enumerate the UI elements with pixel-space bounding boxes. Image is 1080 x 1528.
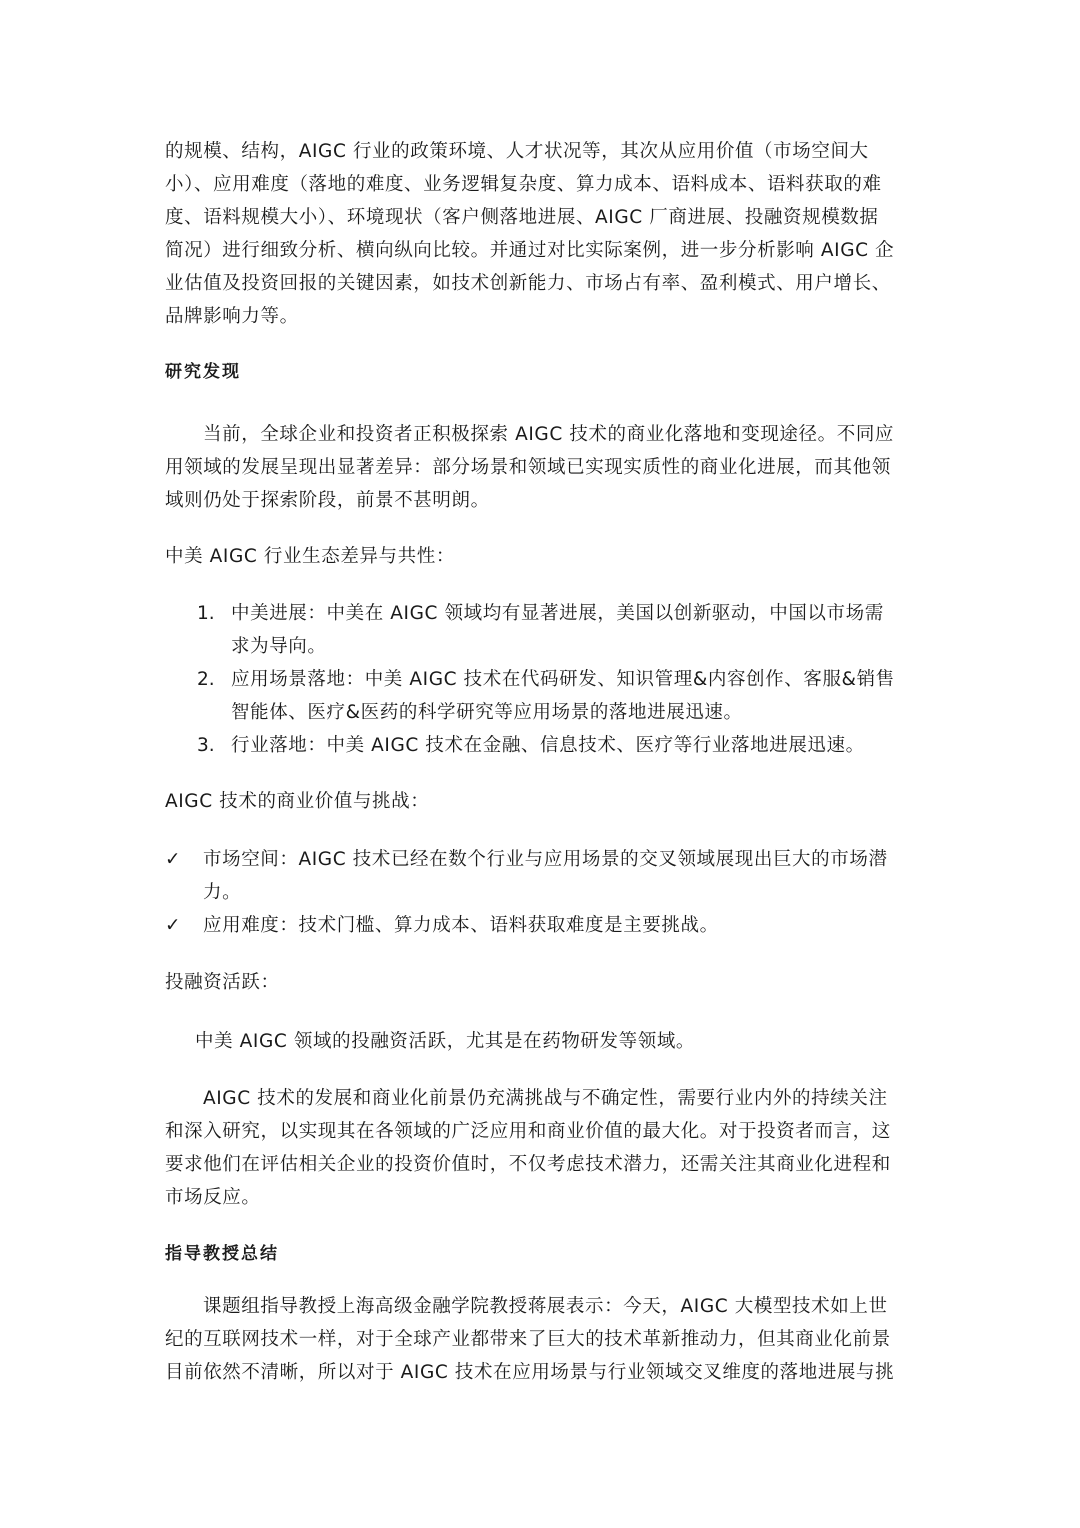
list-item-line: 力。 [203, 876, 241, 909]
list-item-line: 求为导向。 [231, 630, 327, 663]
paragraph-line: 和深入研究，以实现其在各领域的广泛应用和商业价值的最大化。对于投资者而言，这 [165, 1115, 891, 1148]
investment-text: 中美 AIGC 领域的投融资活跃，尤其是在药物研发等领域。 [195, 1025, 695, 1058]
paragraph-line: 简况）进行细致分析、横向纵向比较。并通过对比实际案例，进一步分析影响 AIGC … [165, 234, 894, 267]
paragraph-line: 小）、应用难度（落地的难度、业务逻辑复杂度、算力成本、语料成本、语料获取的难 [165, 168, 882, 201]
checkmark-icon: ✓ [165, 909, 181, 942]
paragraph-line: 要求他们在评估相关企业的投资价值时，不仅考虑技术潜力，还需关注其商业化进程和 [165, 1148, 891, 1181]
paragraph-line: 课题组指导教授上海高级金融学院教授蒋展表示：今天，AIGC 大模型技术如上世 [203, 1290, 888, 1323]
paragraph-line: 域则仍处于探索阶段，前景不甚明朗。 [165, 484, 490, 517]
paragraph-line: 度、语料规模大小）、环境现状（客户侧落地进展、AIGC 厂商进展、投融资规模数据 [165, 201, 879, 234]
section-heading-professor-summary: 指导教授总结 [165, 1238, 279, 1271]
list-item-line: 市场空间：AIGC 技术已经在数个行业与应用场景的交叉领域展现出巨大的市场潜 [203, 843, 888, 876]
value-challenge-label: AIGC 技术的商业价值与挑战： [165, 785, 429, 818]
list-number: 2. [197, 663, 215, 696]
paragraph-line: 的规模、结构，AIGC 行业的政策环境、人才状况等，其次从应用价值（市场空间大 [165, 135, 869, 168]
investment-label: 投融资活跃： [165, 966, 280, 999]
list-item-line: 中美进展：中美在 AIGC 领域均有显著进展，美国以创新驱动，中国以市场需 [231, 597, 884, 630]
paragraph-line: 业估值及投资回报的关键因素，如技术创新能力、市场占有率、盈利模式、用户增长、 [165, 267, 891, 300]
paragraph-line: 纪的互联网技术一样，对于全球产业都带来了巨大的技术革新推动力，但其商业化前景 [165, 1323, 891, 1356]
list-number: 3. [197, 729, 215, 762]
paragraph-line: 当前，全球企业和投资者正积极探索 AIGC 技术的商业化落地和变现途径。不同应 [203, 418, 894, 451]
paragraph-line: AIGC 技术的发展和商业化前景仍充满挑战与不确定性，需要行业内外的持续关注 [203, 1082, 888, 1115]
list-number: 1. [197, 597, 215, 630]
list-item-line: 应用难度：技术门槛、算力成本、语料获取难度是主要挑战。 [203, 909, 719, 942]
paragraph-line: 市场反应。 [165, 1181, 261, 1214]
section-heading-findings: 研究发现 [165, 356, 241, 389]
paragraph-line: 品牌影响力等。 [165, 300, 299, 333]
list-item-line: 行业落地：中美 AIGC 技术在金融、信息技术、医疗等行业落地进展迅速。 [231, 729, 865, 762]
paragraph-line: 用领域的发展呈现出显著差异：部分场景和领域已实现实质性的商业化进展，而其他领 [165, 451, 891, 484]
list-item-line: 应用场景落地：中美 AIGC 技术在代码研发、知识管理&内容创作、客服&销售 [231, 663, 895, 696]
paragraph-line: 目前依然不清晰，所以对于 AIGC 技术在应用场景与行业领域交叉维度的落地进展与… [165, 1356, 894, 1389]
ecosystem-label: 中美 AIGC 行业生态差异与共性： [165, 540, 455, 573]
list-item-line: 智能体、医疗&医药的科学研究等应用场景的落地进展迅速。 [231, 696, 743, 729]
checkmark-icon: ✓ [165, 843, 181, 876]
